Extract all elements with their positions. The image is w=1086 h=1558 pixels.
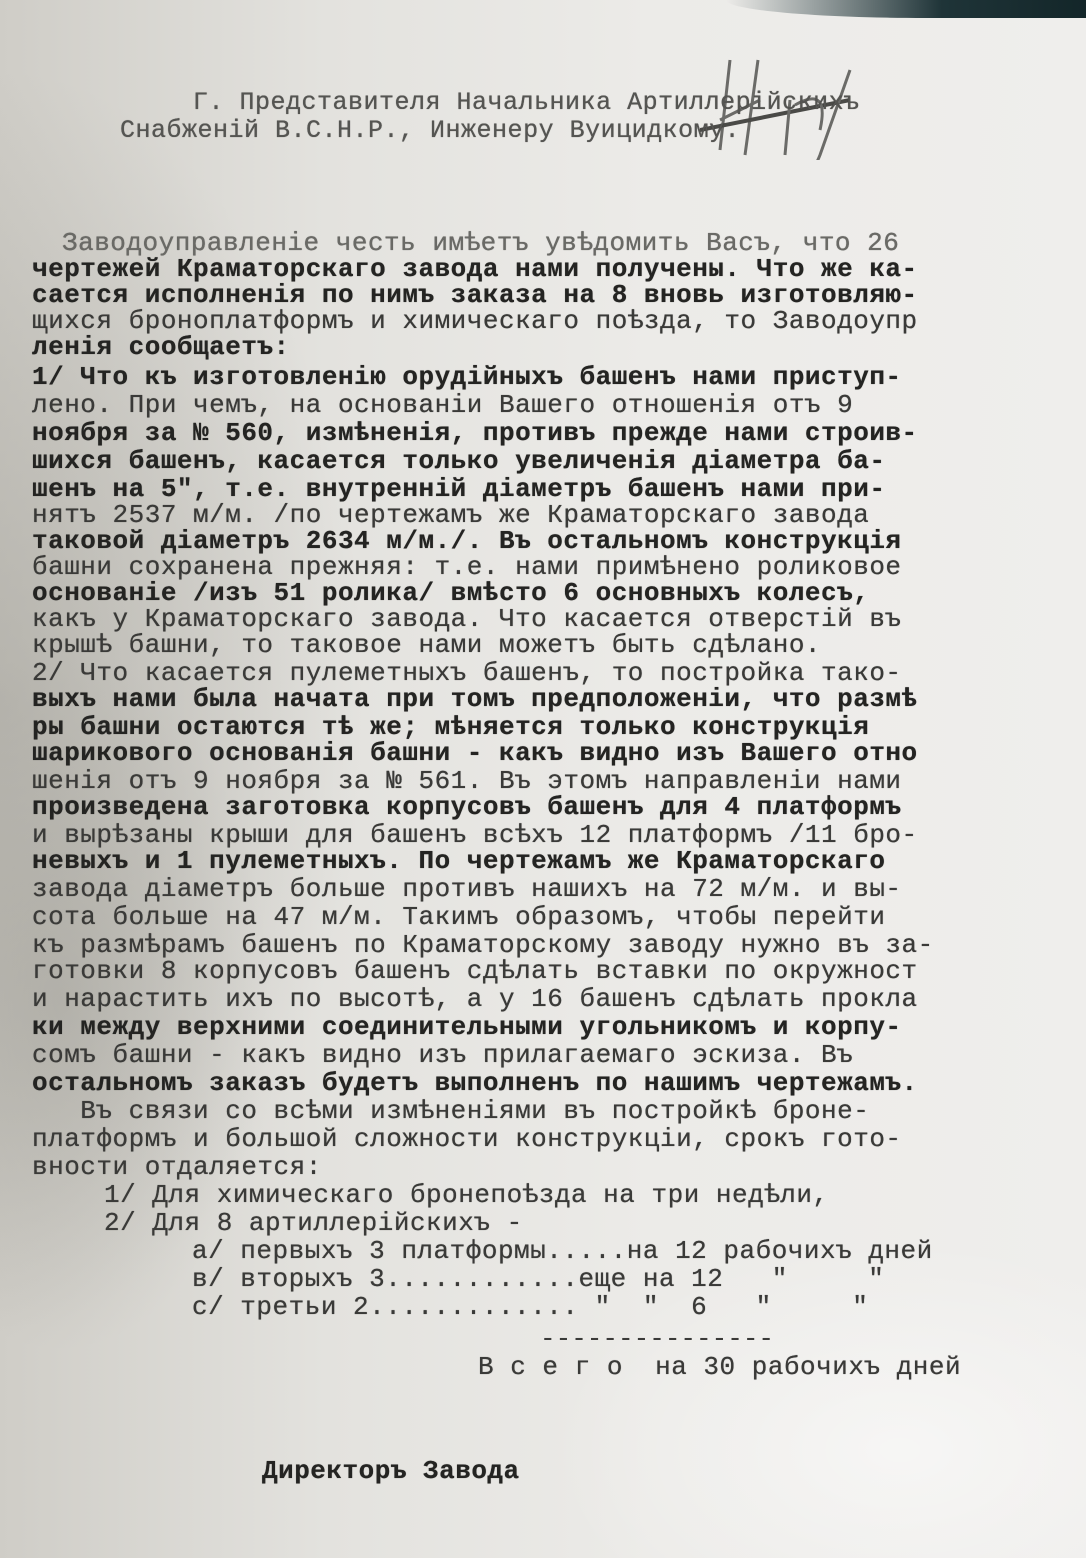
body-line: сота больше на 47 м/м. Такимъ образомъ, … bbox=[32, 902, 885, 932]
body-line: произведена заготовка корпусовъ башенъ д… bbox=[32, 792, 902, 822]
body-line: завода діаметръ больше противъ нашихъ на… bbox=[32, 874, 902, 904]
body-line: шихся башенъ, касается только увеличенія… bbox=[32, 446, 885, 476]
body-line: остальномъ заказъ будетъ выполненъ по на… bbox=[32, 1068, 918, 1098]
body-line: ноября за № 560, измѣненія, противъ преж… bbox=[32, 418, 918, 448]
body-line: ленія сообщаетъ: bbox=[32, 332, 290, 362]
body-line: 1/ Что къ изготовленію орудійныхъ башенъ… bbox=[32, 362, 902, 392]
body-line: невыхъ и 1 пулеметныхъ. По чертежамъ же … bbox=[32, 846, 885, 876]
schedule-subitem: в/ вторыхъ 3............еще на 12 " " bbox=[192, 1264, 884, 1294]
scanned-document-page: Г. Представителя Начальника Артиллерійск… bbox=[0, 0, 1086, 1558]
total-separator: --------------- bbox=[540, 1324, 774, 1354]
body-line: сомъ башни - какъ видно изъ прилагаемаго… bbox=[32, 1040, 853, 1070]
signature-line: Директоръ Завода bbox=[262, 1456, 520, 1486]
body-line: выхъ нами была начата при томъ предполож… bbox=[32, 684, 918, 714]
schedule-subitem: а/ первыхъ 3 платформы.....на 12 рабочих… bbox=[192, 1236, 933, 1266]
body-line: готовки 8 корпусовъ башенъ сдѣлать встав… bbox=[32, 956, 918, 986]
addressee-line-2: Снабженій В.С.Н.Р., Инженеру Вуицидкому. bbox=[120, 116, 740, 146]
body-line: Въ связи со всѣми измѣненіями въ построй… bbox=[32, 1096, 869, 1126]
body-line: лено. При чемъ, на основаніи Вашего отно… bbox=[32, 390, 853, 420]
body-line: ки между верхними соединительными угольн… bbox=[32, 1012, 902, 1042]
body-line: шарикового основанія башни - какъ видно … bbox=[32, 738, 918, 768]
total-line: В с е г о на 30 рабочихъ дней bbox=[478, 1352, 961, 1382]
schedule-item: 1/ Для химическаго бронепоѣзда на три не… bbox=[104, 1180, 829, 1210]
schedule-subitem: с/ третьи 2............. " " 6 " " bbox=[192, 1292, 868, 1322]
body-line: крышѣ башни, то таковое нами можетъ быть… bbox=[32, 630, 821, 660]
scan-background-edge bbox=[726, 0, 1086, 18]
schedule-item: 2/ Для 8 артиллерійскихъ - bbox=[104, 1208, 523, 1238]
addressee-line-1: Г. Представителя Начальника Артиллерійск… bbox=[193, 88, 860, 118]
body-line: и нарастить ихъ по высотѣ, а у 16 башенъ… bbox=[32, 984, 918, 1014]
body-line: платформъ и большой сложности конструкці… bbox=[32, 1124, 902, 1154]
body-line: вности отдаляется: bbox=[32, 1152, 322, 1182]
